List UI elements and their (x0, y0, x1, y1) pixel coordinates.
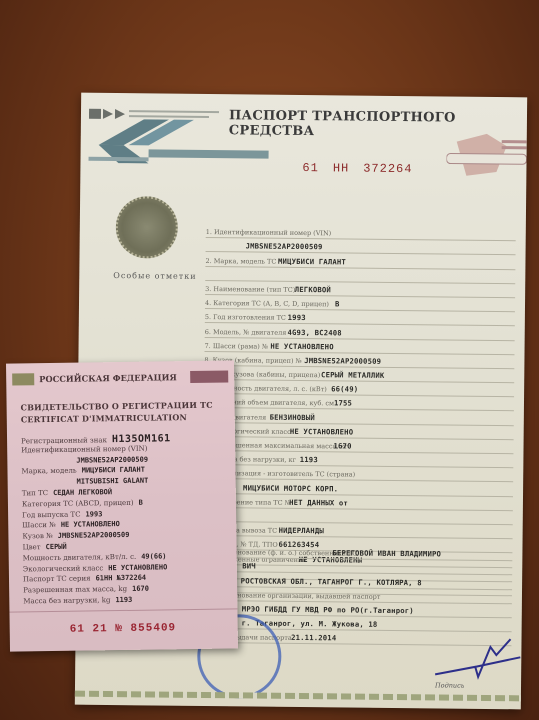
field-value: СЕДАН ЛЕГКОВОЙ (53, 488, 112, 497)
field-label: 3. Наименование (тип ТС) (205, 285, 295, 294)
field-value: 1193 (115, 596, 132, 604)
field-value: JMBSNE52AP2000509 (76, 455, 148, 464)
field-value: МРЭО ГИБДД ГУ МВД РФ по РО(г.Таганрог) (242, 604, 414, 615)
certificate-number: 61 21 № 855409 (70, 622, 177, 635)
field-value: B (139, 498, 143, 506)
field-value: МИЦУБИСИ МОТОРС КОРП. (243, 483, 338, 493)
field-value: 1993 (85, 510, 102, 518)
passport-bottom-border (75, 691, 521, 702)
registration-certificate: РОССИЙСКАЯ ФЕДЕРАЦИЯ СВИДЕТЕЛЬСТВО О РЕГ… (6, 360, 238, 651)
federation-label: РОССИЙСКАЯ ФЕДЕРАЦИЯ (39, 372, 177, 384)
field-label: 7. Шасси (рама) № (205, 342, 269, 351)
field-label: 4. Категория ТС (A, B, C, D, прицеп) (205, 299, 329, 308)
field-value: Н135ОМ161 (112, 433, 171, 445)
passport-series-number: 61НН372264 (302, 161, 426, 176)
field-value: B (335, 299, 340, 308)
field-value: НЕТ ДАННЫХ от (289, 498, 348, 508)
field-value: РОСТОВСКАЯ ОБЛ., ТАГАНРОГ Г., КОТЛЯРА, 8 (241, 576, 422, 587)
field-label: Идентификационный номер (VIN) (21, 444, 147, 454)
field-value: MITSUBISHI GALANT (77, 477, 149, 486)
field-label: Регистрационный знак (21, 436, 107, 445)
certificate-field-row: Масса без нагрузки, kg1193 (23, 594, 233, 608)
field-value: БЕНЗИНОВЫЙ (270, 412, 315, 421)
field-value: 1993 (288, 313, 306, 322)
field-value: СЕРЫЙ МЕТАЛЛИК (321, 370, 384, 380)
field-value: БЕРЕГОВОЙ ИВАН ВЛАДИМИРО (332, 549, 441, 559)
field-label: Шасси № (22, 521, 56, 529)
passport-fields: 1. Идентификационный номер (VIN)JMBSNE52… (202, 224, 516, 596)
signature-label: Подпись (435, 681, 464, 689)
field-value: НЕ УСТАНОВЛЕНО (61, 520, 120, 529)
field-label: 1. Идентификационный номер (VIN) (206, 228, 332, 237)
certificate-fields: Регистрационный знакН135ОМ161Идентификац… (21, 432, 233, 608)
field-value: ВИЧ (242, 562, 256, 571)
field-label: Масса без нагрузки, kg (23, 596, 110, 605)
field-value: 1670 (333, 441, 351, 450)
field-label: Марка, модель (21, 467, 76, 476)
field-value: 21.11.2014 (291, 633, 336, 642)
special-notes-label: Особые отметки (113, 271, 196, 281)
field-label: Разрешенная max масса, kg (23, 585, 127, 594)
field-value: JMBSNE52AP2000509 (246, 242, 323, 252)
field-label: Тип ТС (22, 489, 48, 497)
field-label: Кузов № (22, 532, 52, 540)
field-value: ЛЕГКОВОЙ (295, 285, 331, 294)
field-value: МИЦУБИСИ ГАЛАНТ (82, 466, 145, 475)
field-value: СЕРЫЙ (46, 543, 67, 551)
field-label: Экологический класс (23, 564, 104, 573)
field-value: 1193 (300, 455, 318, 464)
field-value: 61НН №372264 (96, 574, 147, 583)
certificate-title: СВИДЕТЕЛЬСТВО О РЕГИСТРАЦИИ ТС CERTIFICA… (21, 399, 214, 426)
field-value: НЕ УСТАНОВЛЕНО (270, 341, 333, 351)
field-value: JMBSNE52AP2000509 (58, 531, 130, 540)
field-label: Категория ТС (ABCD, прицеп) (22, 499, 134, 509)
field-label: 2. Марка, модель ТС (205, 257, 276, 266)
pattern-band-left (12, 373, 34, 385)
field-label: Цвет (23, 543, 41, 551)
pattern-band-right (190, 371, 228, 384)
field-value: НЕ УСТАНОВЛЕНО (290, 427, 353, 437)
hologram-seal-icon (115, 196, 178, 259)
field-value: 1670 (132, 585, 149, 593)
field-value: 66(49) (331, 385, 358, 394)
car-emblem-icon (446, 132, 527, 183)
field-label: Год выпуска ТС (22, 510, 81, 519)
field-label: Мощность двигателя, кВт/л. с. (23, 553, 137, 563)
certificate-divider (9, 608, 237, 612)
signature-icon (430, 636, 525, 682)
field-value: НИДЕРЛАНДЫ (279, 526, 324, 535)
field-label: 5. Год изготовления ТС (205, 313, 286, 322)
field-value: МИЦУБИСИ ГАЛАНТ (278, 256, 346, 266)
federation-header: РОССИЙСКАЯ ФЕДЕРАЦИЯ (12, 371, 228, 386)
field-value: 1755 (334, 399, 352, 408)
field-value: 4G93, BC2408 (287, 327, 341, 337)
field-value: JMBSNE52AP2000509 (304, 356, 381, 366)
field-value: НЕ УСТАНОВЛЕНО (108, 563, 167, 572)
field-label: Паспорт ТС серия (23, 575, 91, 584)
field-value: 49(66) (141, 552, 166, 560)
field-label: 6. Модель, № двигателя (205, 327, 287, 336)
